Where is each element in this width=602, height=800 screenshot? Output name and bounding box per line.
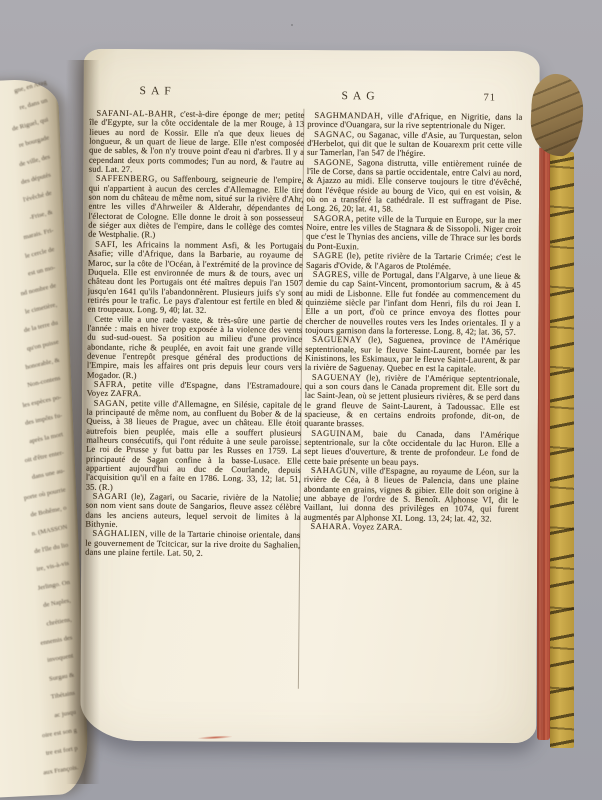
entry-headword: SAGHALIEN: [92, 528, 145, 539]
entry-headword: SAFFENBERG: [96, 173, 155, 184]
entry-paragraph: SAFFENBERG, ou Saffenbourg, seigneurie d…: [88, 174, 304, 241]
entry-paragraph: SAGHALIEN, ville de la Tartarie chinoise…: [85, 529, 300, 559]
entry-paragraph: SAGRES, ville de Portugal, dans l'Algarv…: [305, 270, 521, 337]
entry-headword: SAGRES: [313, 269, 349, 279]
entry-paragraph: SAGONE, Sagona distrutta, ville entièrem…: [306, 158, 522, 216]
neighbor-page-text-fragment: Surgau &: [0, 671, 75, 693]
entry-headword: SAGHMANDAH: [314, 111, 380, 121]
entry-paragraph: SAGUINAM, baie du Canada, dans l'Amériqu…: [304, 428, 519, 467]
page-content: SAF SAG 71 SAFANI-AL-BAHR, c'est-à-dire …: [77, 49, 540, 745]
page-number: 71: [483, 92, 496, 103]
section-label-sag: SAG: [341, 90, 379, 102]
text-column-left: SAFANI-AL-BAHR, c'est-à-dire éponge de m…: [84, 109, 305, 689]
fore-edge-red: [537, 148, 550, 740]
entry-paragraph: SAGUENAY (le), Saguenea, province de l'A…: [305, 335, 520, 374]
entry-headword: SAGUINAM: [311, 428, 361, 438]
entry-headword: SAGNAC: [314, 129, 352, 139]
entry-paragraph: SAGARI (le), Zagari, ou Sacarie, rivière…: [85, 492, 300, 531]
entry-headword: SAGORA: [313, 213, 351, 223]
entry-headword: SAGUENAY: [312, 371, 362, 381]
neighbor-page-text-fragment: ennemis des: [0, 634, 73, 656]
entry-paragraph: Cette ville a une rade vaste, & très-sûr…: [87, 314, 303, 381]
neighbor-page-text-fragment: invoquent: [0, 653, 74, 675]
entry-paragraph: SAGAN, petite ville d'Allemagne, en Silé…: [86, 398, 302, 493]
entry-paragraph: SAGUENAY (le), rivière de l'Amérique sep…: [304, 372, 520, 430]
entry-headword: SAHARA: [310, 521, 348, 531]
text-column-right: SAGHMANDAH, ville d'Afrique, en Nigritie…: [302, 111, 523, 691]
cover-edge-gold: [550, 152, 574, 748]
entry-paragraph: SAGNAC, ou Saganac, ville d'Asie, au Tur…: [307, 129, 522, 159]
entry-paragraph: SAFANI-AL-BAHR, c'est-à-dire éponge de m…: [89, 109, 305, 176]
neighbor-page-text-fragment: Tibétains: [0, 690, 76, 711]
entry-headword: SAGONE: [314, 157, 351, 167]
neighbor-page-text-fragment: de Naples,: [0, 597, 71, 620]
entry-paragraph: SAFI, les Africains la nomment Asfi, & l…: [87, 239, 303, 316]
neighbor-page-text-fragment: ac jusqu: [0, 708, 76, 729]
neighbor-page-text-fragment: chrétiens,: [0, 616, 72, 638]
running-head: SAF SAG 71: [83, 85, 539, 105]
gutter-shadow: [66, 60, 100, 784]
neighbor-page-text: gne, en Aragre, dans unde Riguel, quire …: [0, 78, 57, 83]
cover-corner-patch: [529, 73, 585, 158]
book-page: SAF SAG 71 SAFANI-AL-BAHR, c'est-à-dire …: [80, 49, 540, 743]
section-label-saf: SAF: [140, 85, 176, 97]
entry-headword: SAFANI-AL-BAHR: [96, 109, 173, 119]
book-photograph: gne, en Aragre, dans unde Riguel, quire …: [0, 0, 602, 800]
dust-speck: [291, 24, 293, 26]
entry-headword: SAGRE: [313, 250, 343, 260]
entry-paragraph: SAGORA, petite ville de la Turquie en Eu…: [306, 214, 521, 253]
entry-paragraph: SAHAGUN, ville d'Espagne, au royaume de …: [303, 466, 519, 524]
entry-headword: SAGUENAY: [312, 334, 362, 344]
entry-headword: SAHAGUN: [311, 465, 356, 475]
